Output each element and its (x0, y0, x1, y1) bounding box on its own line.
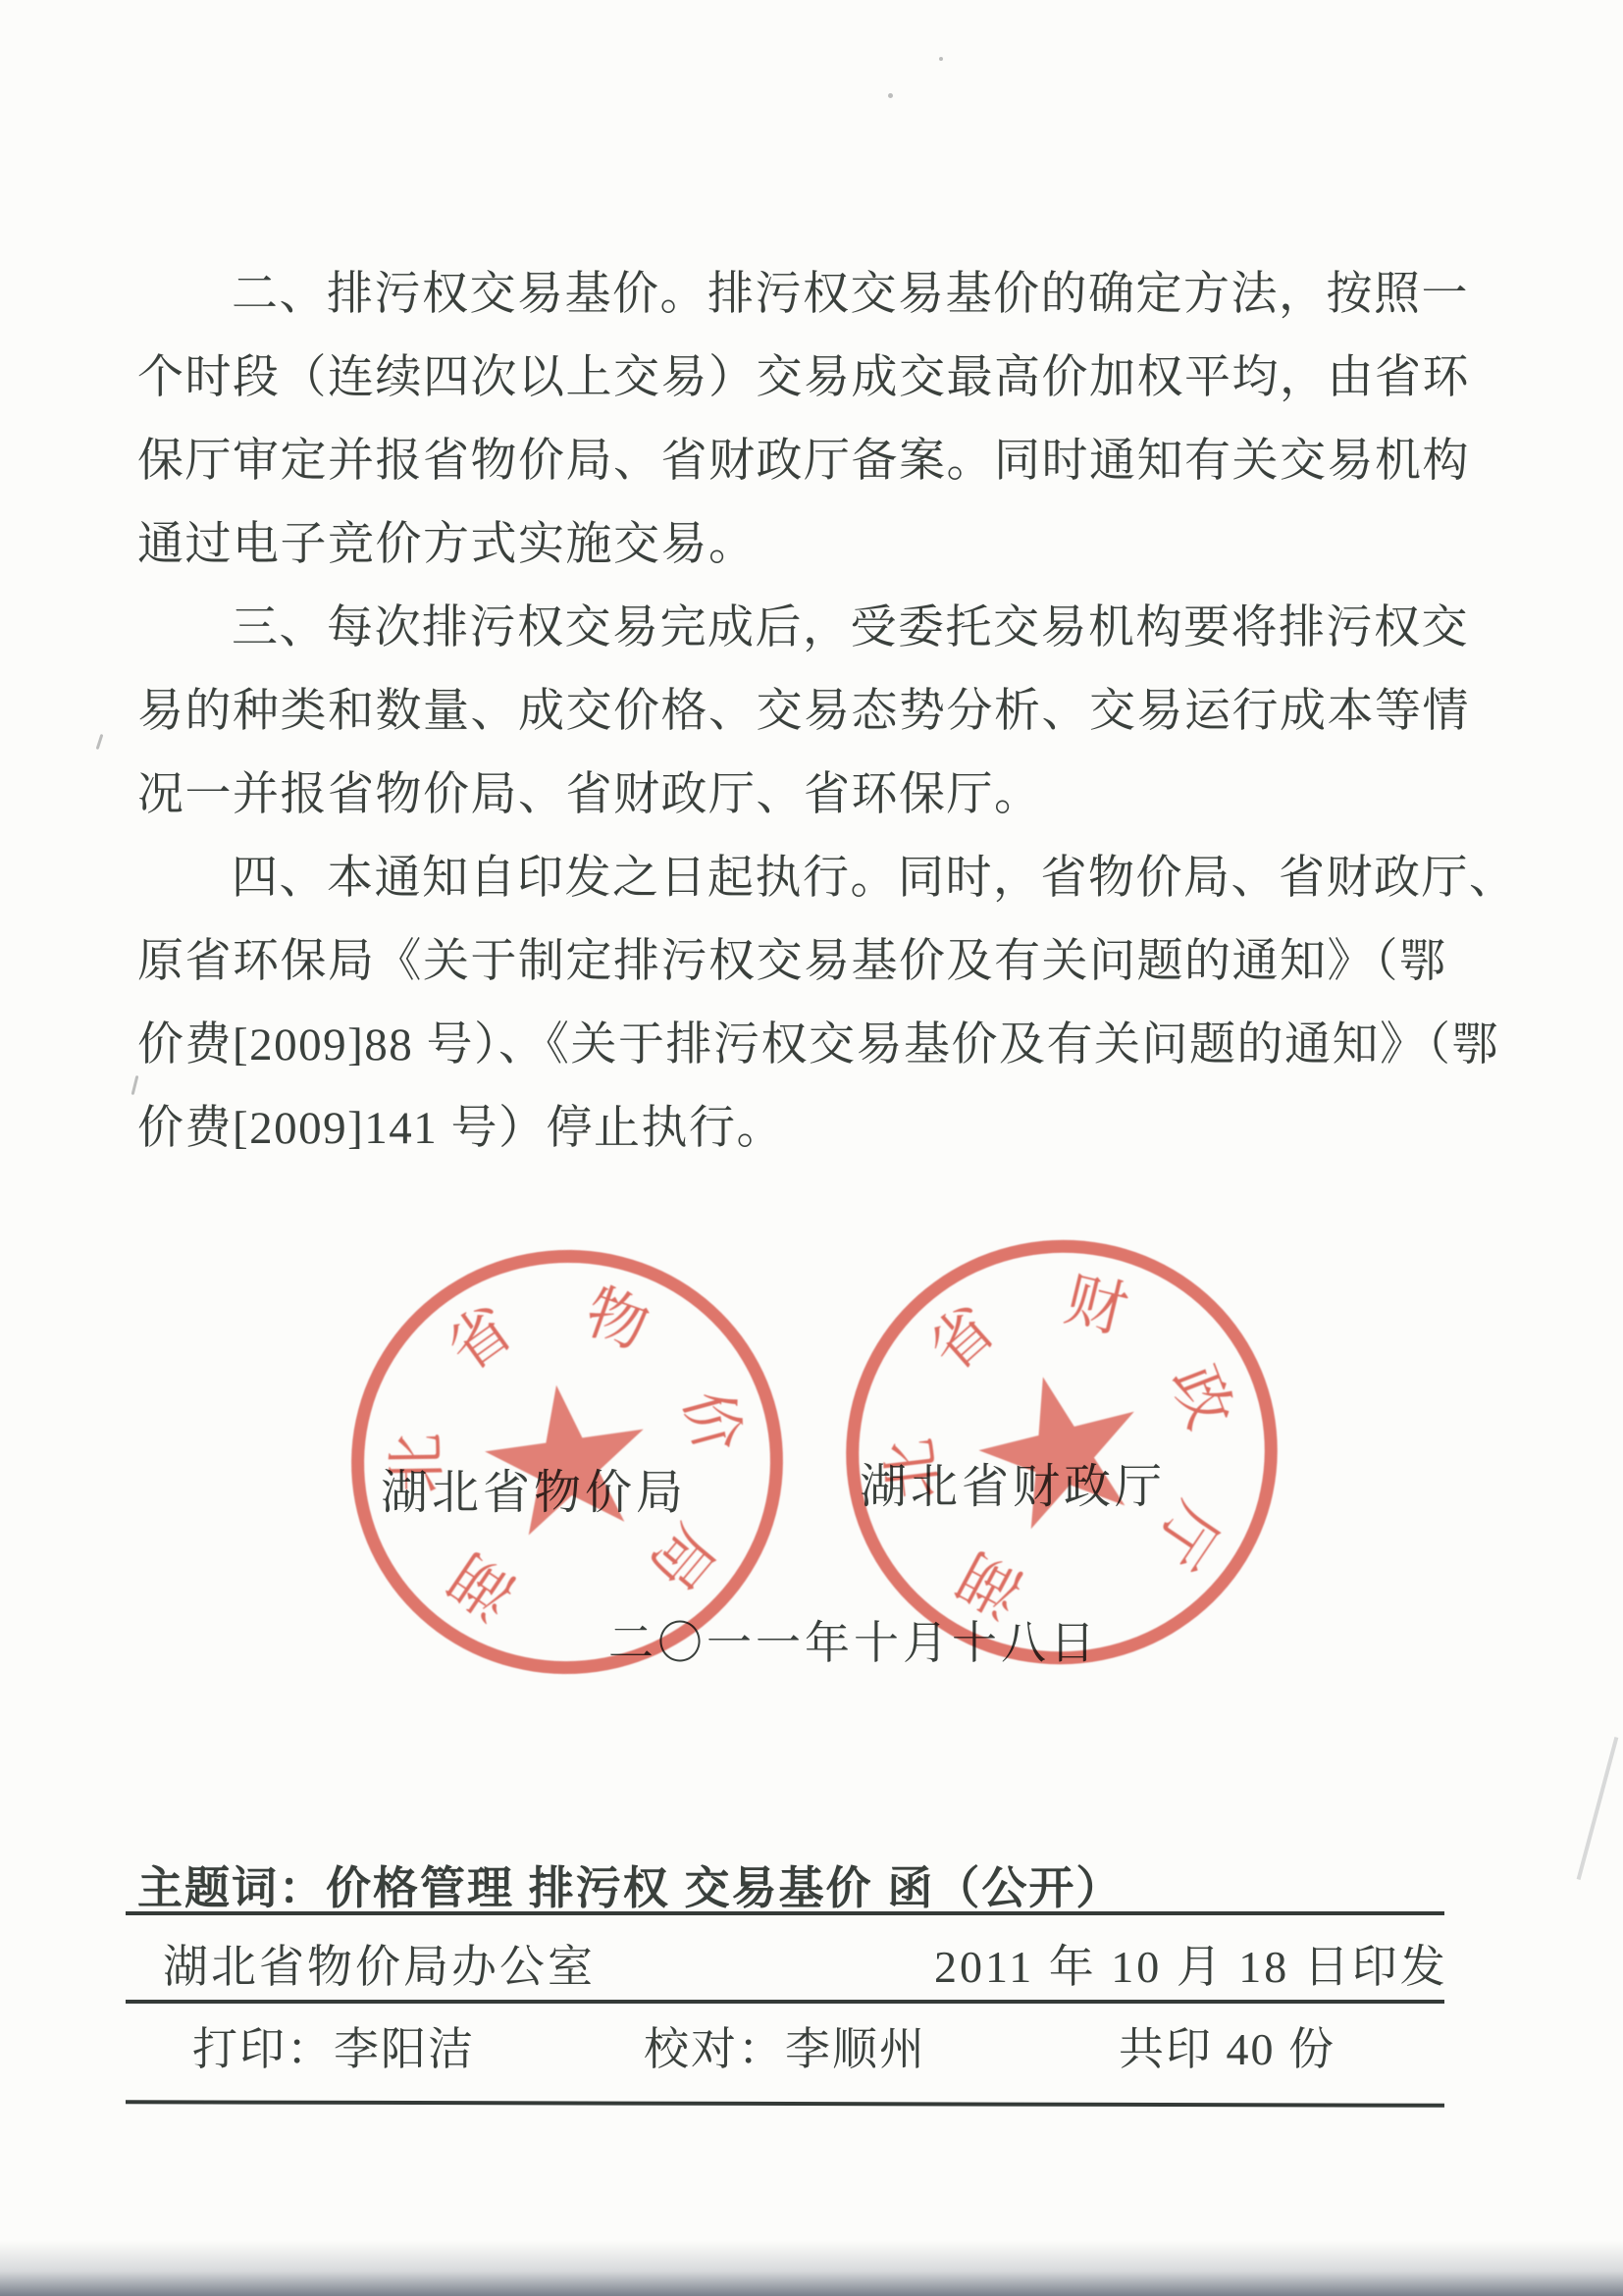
scanned-document-page: 二、排污权交易基价。排污权交易基价的确定方法，按照一个时段（连续四次以上交易）交… (0, 0, 1623, 2296)
seal-arc-char: 厅 (1139, 1488, 1231, 1581)
divider-line (126, 2100, 1444, 2108)
body-line: 四、本通知自印发之日起执行。同时，省物价局、省财政厅、 (137, 837, 1490, 920)
proofread-by: 校对：李顺州 (644, 2013, 926, 2078)
subject-keywords-line: 主题词：价格管理 排污权 交易基价 函（公开） (137, 1852, 1123, 1917)
body-line: 三、每次排污权交易完成后，受委托交易机构要将排污权交 (137, 587, 1490, 670)
scan-artifact (939, 57, 943, 61)
seal-arc-char: 省 (434, 1293, 527, 1386)
body-line: 况一并报省物价局、省财政厅、省环保厅。 (137, 754, 1490, 837)
body-line: 价费[2009]141 号）停止执行。 (137, 1087, 1490, 1171)
seal-arc-char: 局 (634, 1510, 728, 1604)
scan-artifact (96, 734, 104, 750)
seal-arc-char: 省 (916, 1292, 1010, 1386)
body-line: 原省环保局《关于制定排污权交易基价及有关问题的通知》（鄂 (137, 920, 1490, 1004)
seal-arc-char: 湖 (438, 1539, 530, 1631)
body-line: 保厅审定并报省物价局、省财政厅备案。同时通知有关交易机构 (137, 420, 1490, 503)
divider-line (126, 2000, 1444, 2004)
hubei-price-bureau-seal: 湖北省物价局 (324, 1222, 811, 1701)
seal-arc-char: 物 (574, 1278, 659, 1363)
body-line: 通过电子竞价方式实施交易。 (137, 503, 1490, 587)
document-body: 二、排污权交易基价。排污权交易基价的确定方法，按照一个时段（连续四次以上交易）交… (137, 253, 1490, 1171)
scan-edge-shadow (0, 2241, 1623, 2296)
seal-arc-text: 湖北省物价局 (324, 1222, 811, 1701)
divider-line (126, 1911, 1444, 1915)
issuing-office: 湖北省物价局办公室 (163, 1931, 596, 1996)
seal-arc-char: 湖 (946, 1538, 1036, 1628)
scan-artifact (1577, 1737, 1619, 1880)
body-line: 易的种类和数量、成交价格、交易态势分析、交易运行成本等情 (137, 670, 1490, 754)
copies-count: 共印 40 份 (1119, 2013, 1335, 2078)
scan-artifact (888, 93, 893, 98)
body-line: 个时段（连续四次以上交易）交易成交最高价加权平均，由省环 (137, 337, 1490, 420)
printed-by: 打印：李阳洁 (192, 2013, 475, 2078)
body-line: 二、排污权交易基价。排污权交易基价的确定方法，按照一 (137, 253, 1490, 337)
seal-arc-char: 北 (384, 1430, 451, 1497)
seal-arc-char: 价 (670, 1381, 752, 1462)
print-date: 2011 年 10 月 18 日印发 (934, 1931, 1448, 1996)
seal-arc-char: 财 (1056, 1266, 1136, 1346)
body-line: 价费[2009]88 号）、《关于排污权交易基价及有关问题的通知》（鄂 (137, 1004, 1490, 1087)
seal-arc-char: 政 (1157, 1354, 1243, 1440)
seal-arc-char: 北 (876, 1432, 951, 1506)
